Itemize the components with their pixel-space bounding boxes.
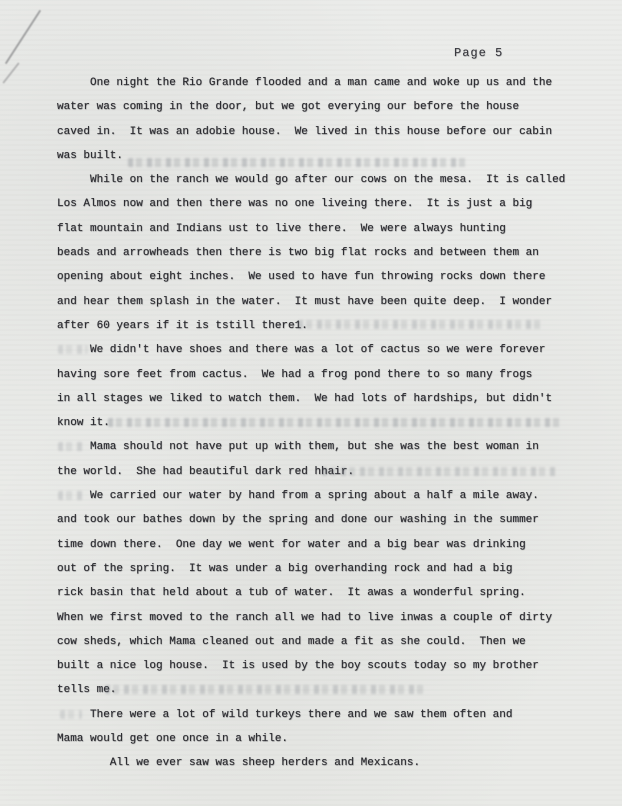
text-line: after 60 years if it is tstill there1. [57, 314, 597, 338]
text-line: built a nice log house. It is used by th… [57, 654, 597, 678]
text-line: water was coming in the door, but we got… [57, 95, 597, 119]
pencil-mark [5, 10, 42, 65]
text-line: know it. [57, 411, 597, 435]
text-line: tells me. [57, 678, 597, 702]
pencil-mark [2, 62, 20, 84]
text-line: All we ever saw was sheep herders and Me… [57, 751, 597, 775]
text-line: cow sheds, which Mama cleaned out and ma… [57, 630, 597, 654]
page-number: Page 5 [454, 46, 503, 60]
text-line: opening about eight inches. We used to h… [57, 265, 597, 289]
text-line: beads and arrowheads then there is two b… [57, 241, 597, 265]
text-line: and took our bathes down by the spring a… [57, 508, 597, 532]
text-line: Mama should not have put up with them, b… [57, 435, 597, 459]
scanned-page: Page 5 One night the Rio Grande flooded … [0, 0, 622, 806]
text-line: flat mountain and Indians ust to live th… [57, 217, 597, 241]
text-line: We carried our water by hand from a spri… [57, 484, 597, 508]
text-line: One night the Rio Grande flooded and a m… [57, 71, 597, 95]
text-line: Mama would get one once in a while. [57, 727, 597, 751]
text-line: caved in. It was an adobie house. We liv… [57, 120, 597, 144]
text-line: having sore feet from cactus. We had a f… [57, 363, 597, 387]
text-line: We didn't have shoes and there was a lot… [57, 338, 597, 362]
text-line: When we first moved to the ranch all we … [57, 606, 597, 630]
text-line: in all stages we liked to watch them. We… [57, 387, 597, 411]
typed-text-body: One night the Rio Grande flooded and a m… [57, 71, 597, 776]
text-line: While on the ranch we would go after our… [57, 168, 597, 192]
text-line: There were a lot of wild turkeys there a… [57, 703, 597, 727]
text-line: Los Almos now and then there was no one … [57, 192, 597, 216]
text-line: out of the spring. It was under a big ov… [57, 557, 597, 581]
text-line: and hear them splash in the water. It mu… [57, 290, 597, 314]
text-line: time down there. One day we went for wat… [57, 533, 597, 557]
text-line: was built. [57, 144, 597, 168]
text-line: rick basin that held about a tub of wate… [57, 581, 597, 605]
text-line: the world. She had beautiful dark red hh… [57, 460, 597, 484]
